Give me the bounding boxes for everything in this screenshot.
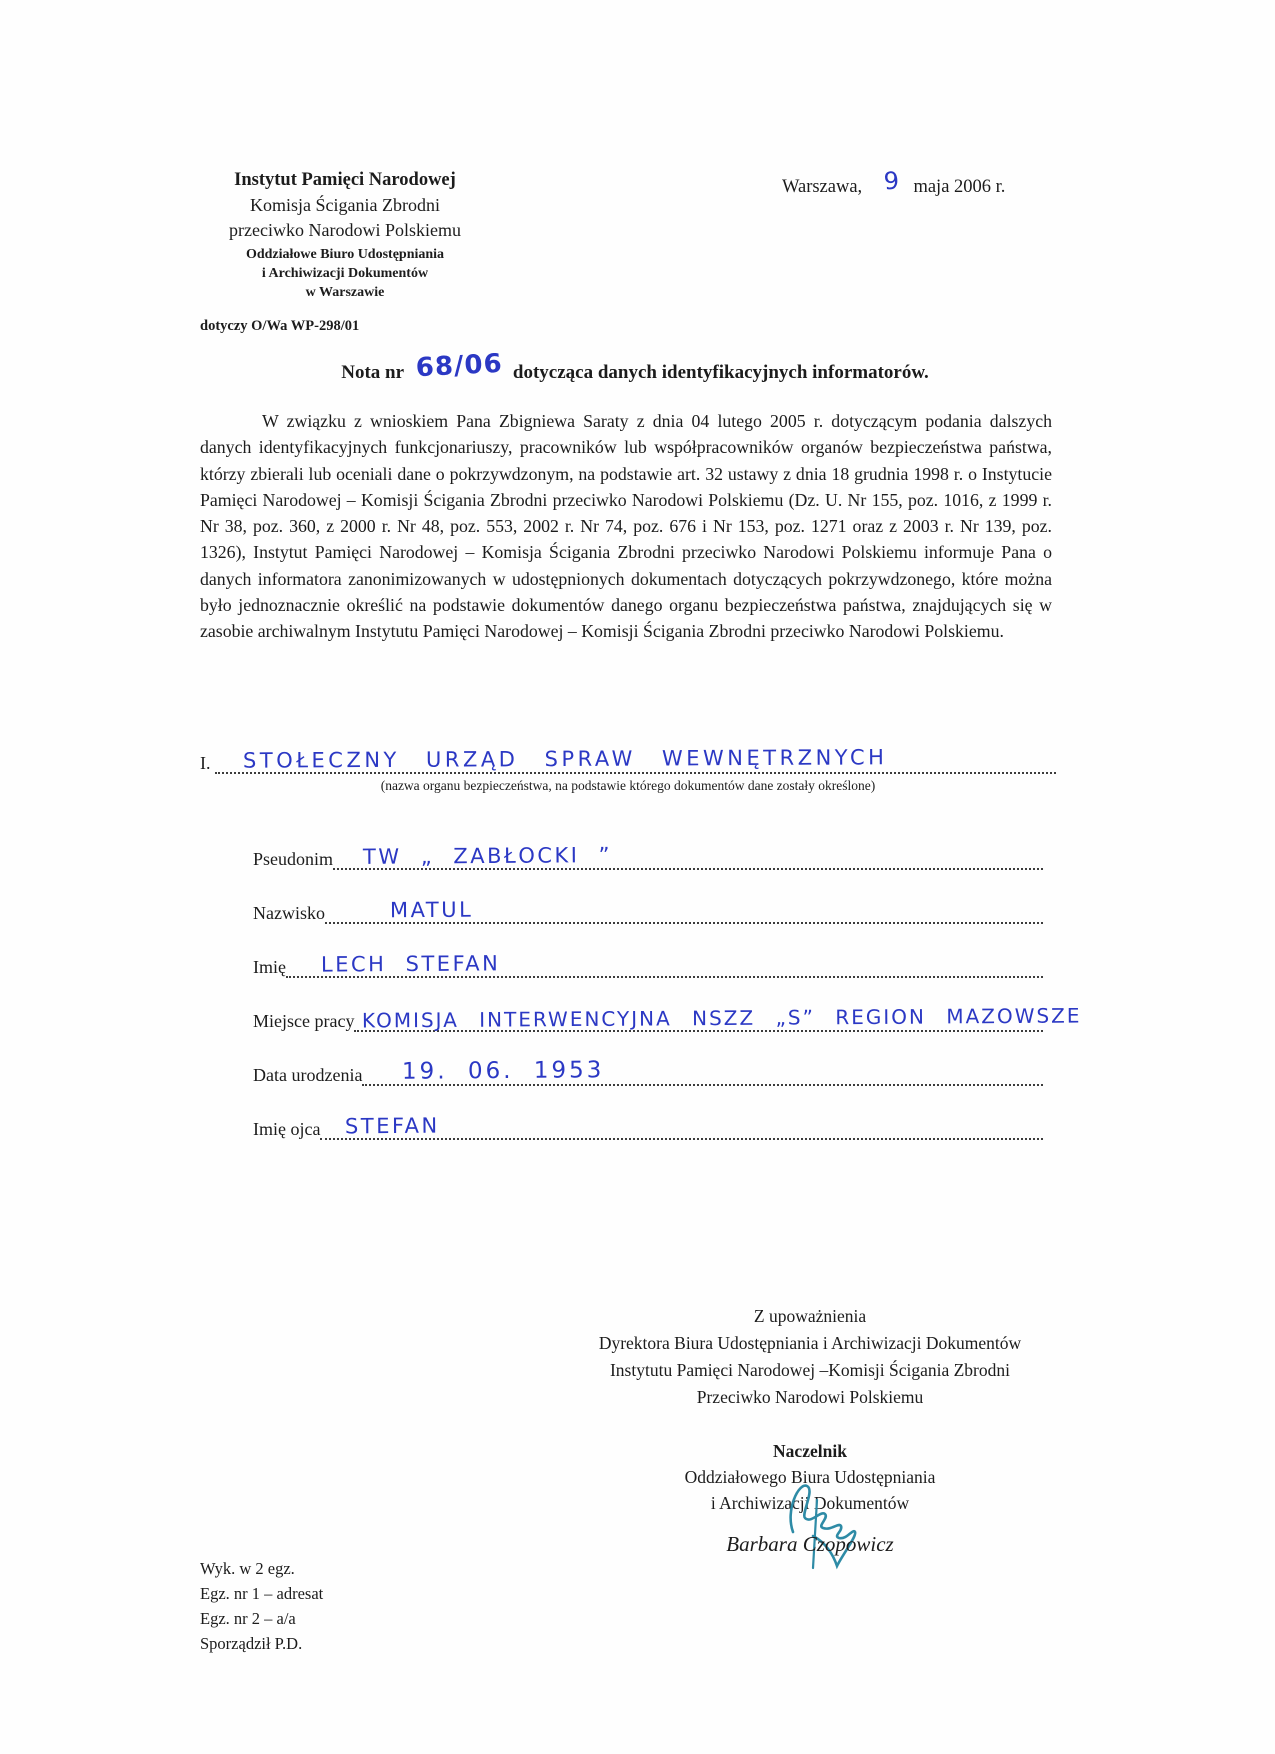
letterhead-institution: Instytut Pamięci Narodowej Komisja Ściga…: [175, 168, 515, 243]
signer-rank: Naczelnik: [610, 1438, 1010, 1464]
field-label: Miejsce pracy: [253, 1011, 354, 1032]
auth-line-4: Przeciwko Narodowi Polskiemu: [560, 1384, 1060, 1411]
handwritten-day: 9: [883, 167, 900, 196]
title-prefix: Nota nr: [341, 362, 404, 383]
handwritten-nazwisko: MATUL: [390, 898, 473, 923]
field-label: Imię ojca: [253, 1119, 320, 1140]
field-imie: Imię LECH STEFAN: [253, 943, 1043, 978]
distribution-footer: Wyk. w 2 egz. Egz. nr 1 – adresat Egz. n…: [200, 1556, 323, 1656]
auth-line-2: Dyrektora Biura Udostępniania i Archiwiz…: [560, 1330, 1060, 1357]
field-dotted-line: MATUL: [325, 888, 1043, 924]
institution-line-3: przeciwko Narodowi Polskiemu: [175, 218, 515, 243]
auth-line-1: Z upoważnienia: [560, 1303, 1060, 1330]
handwritten-data-urodzenia: 19. 06. 1953: [402, 1057, 604, 1084]
place-label: Warszawa,: [782, 177, 862, 197]
organ-caption: (nazwa organu bezpieczeństwa, na podstaw…: [200, 778, 1056, 794]
field-dotted-line: LECH STEFAN: [286, 942, 1043, 978]
field-pseudonim: Pseudonim TW „ ZABŁOCKI ”: [253, 835, 1043, 870]
letterhead-office: Oddziałowe Biuro Udostępniania i Archiwi…: [175, 245, 515, 302]
field-data-urodzenia: Data urodzenia 19. 06. 1953: [253, 1051, 1043, 1086]
scanned-document-page: Instytut Pamięci Narodowej Komisja Ściga…: [0, 0, 1275, 1754]
handwritten-miejsce-pracy: KOMISJA INTERWENCYJNA NSZZ „S” REGION MA…: [362, 1003, 1082, 1032]
field-imie-ojca: Imię ojca STEFAN: [253, 1105, 1043, 1140]
handwritten-imie: LECH STEFAN: [321, 951, 500, 976]
handwritten-organ-name: STOŁECZNY URZĄD SPRAW WEWNĘTRZNYCH: [242, 745, 887, 772]
field-label: Data urodzenia: [253, 1065, 362, 1086]
field-miejsce-pracy: Miejsce pracy KOMISJA INTERWENCYJNA NSZZ…: [253, 997, 1043, 1032]
field-nazwisko: Nazwisko MATUL: [253, 889, 1043, 924]
organ-numeral: I.: [200, 753, 215, 774]
field-dotted-line: 19. 06. 1953: [362, 1050, 1043, 1086]
identification-fields: Pseudonim TW „ ZABŁOCKI ” Nazwisko MATUL…: [253, 835, 1043, 1159]
handwritten-note-number: 68/06: [415, 349, 503, 384]
signer-name: Barbara Czopowicz: [610, 1532, 1010, 1557]
footer-line-4: Sporządził P.D.: [200, 1631, 323, 1656]
field-dotted-line: KOMISJA INTERWENCYJNA NSZZ „S” REGION MA…: [354, 996, 1043, 1032]
institution-line-2: Komisja Ścigania Zbrodni: [175, 193, 515, 218]
field-dotted-line: STEFAN: [320, 1104, 1043, 1140]
organ-line: I. STOŁECZNY URZĄD SPRAW WEWNĘTRZNYCH: [200, 742, 1056, 774]
footer-line-2: Egz. nr 1 – adresat: [200, 1581, 323, 1606]
body-paragraph: W związku z wnioskiem Pana Zbigniewa Sar…: [200, 408, 1052, 645]
footer-line-3: Egz. nr 2 – a/a: [200, 1606, 323, 1631]
field-dotted-line: TW „ ZABŁOCKI ”: [333, 834, 1043, 870]
organ-dotted-line: STOŁECZNY URZĄD SPRAW WEWNĘTRZNYCH: [215, 742, 1057, 774]
office-line-2: i Archiwizacji Dokumentów: [175, 264, 515, 283]
field-label: Nazwisko: [253, 903, 325, 924]
auth-line-3: Instytutu Pamięci Narodowej –Komisji Ści…: [560, 1357, 1060, 1384]
date-rest: maja 2006 r.: [913, 177, 1005, 197]
place-date-line: Warszawa,9maja 2006 r.: [782, 170, 1112, 198]
office-line-1: Oddziałowe Biuro Udostępniania: [175, 245, 515, 264]
handwritten-imie-ojca: STEFAN: [345, 1114, 440, 1139]
reference-number: dotyczy O/Wa WP-298/01: [200, 318, 359, 335]
document-title: Nota nr68/06dotycząca danych identyfikac…: [200, 355, 1070, 385]
field-label: Imię: [253, 957, 286, 978]
title-suffix: dotycząca danych identyfikacyjnych infor…: [513, 362, 929, 383]
field-label: Pseudonim: [253, 849, 333, 870]
office-line-3: w Warszawie: [175, 283, 515, 302]
signature-mark-icon: [755, 1470, 885, 1580]
handwritten-pseudonim: TW „ ZABŁOCKI ”: [363, 843, 612, 869]
authorization-block: Z upoważnienia Dyrektora Biura Udostępni…: [560, 1303, 1060, 1411]
institution-name: Instytut Pamięci Narodowej: [175, 168, 515, 193]
footer-line-1: Wyk. w 2 egz.: [200, 1556, 323, 1581]
